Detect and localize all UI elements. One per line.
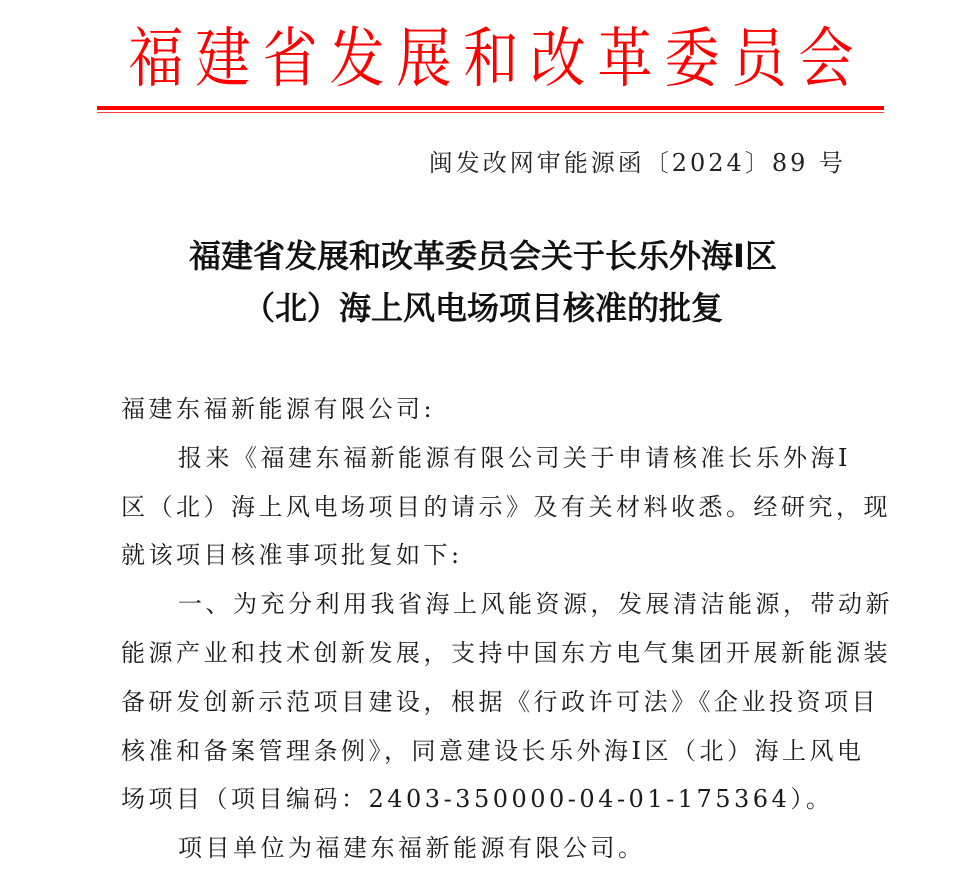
title-line-2: （北）海上风电场项目核准的批复: [120, 282, 846, 334]
masthead-char: 福: [128, 19, 183, 99]
document-body: 福建东福新能源有限公司: 报来《福建东福新能源有限公司关于申请核准长乐外海Ⅰ 区…: [121, 387, 851, 875]
masthead-char: 委: [664, 19, 719, 99]
masthead-char: 会: [798, 19, 853, 99]
document-title: 福建省发展和改革委员会关于长乐外海Ⅰ区 （北）海上风电场项目核准的批复: [120, 230, 846, 334]
paragraph-line: 核准和备案管理条例》，同意建设长乐外海Ⅰ区（北）海上风电: [121, 729, 851, 778]
masthead-char: 建: [195, 19, 250, 99]
paragraph-line: 就该项目核准事项批复如下:: [121, 533, 851, 582]
addressee: 福建东福新能源有限公司:: [121, 387, 851, 436]
masthead-char: 展: [396, 19, 451, 99]
masthead-issuer-name: 福 建 省 发 展 和 改 革 委 员 会: [126, 22, 856, 96]
masthead-char: 省: [262, 19, 317, 99]
paragraph-line: 备研发创新示范项目建设，根据《行政许可法》《企业投资项目: [121, 680, 851, 729]
paragraph-line: 能源产业和技术创新发展，支持中国东方电气集团开展新能源装: [121, 631, 851, 680]
paragraph-line: 区（北）海上风电场项目的请示》及有关材料收悉。经研究，现: [121, 485, 851, 534]
red-header-rule-thick: [97, 106, 884, 110]
masthead-char: 员: [731, 19, 786, 99]
paragraph-line: 项目单位为福建东福新能源有限公司。: [121, 826, 851, 875]
masthead-char: 发: [329, 19, 384, 99]
masthead-char: 改: [530, 19, 585, 99]
masthead-char: 革: [597, 19, 652, 99]
title-line-1: 福建省发展和改革委员会关于长乐外海Ⅰ区: [120, 230, 846, 282]
masthead-char: 和: [463, 19, 518, 99]
document-number: 闽发改网审能源函〔2024〕89 号: [429, 146, 846, 180]
paragraph-line: 场项目（项目编码：2403-350000-04-01-175364）。: [121, 777, 851, 826]
red-header-rule-thin: [97, 112, 884, 113]
paragraph-line: 一、为充分利用我省海上风能资源，发展清洁能源，带动新: [121, 582, 851, 631]
paragraph-line: 报来《福建东福新能源有限公司关于申请核准长乐外海Ⅰ: [121, 436, 851, 485]
